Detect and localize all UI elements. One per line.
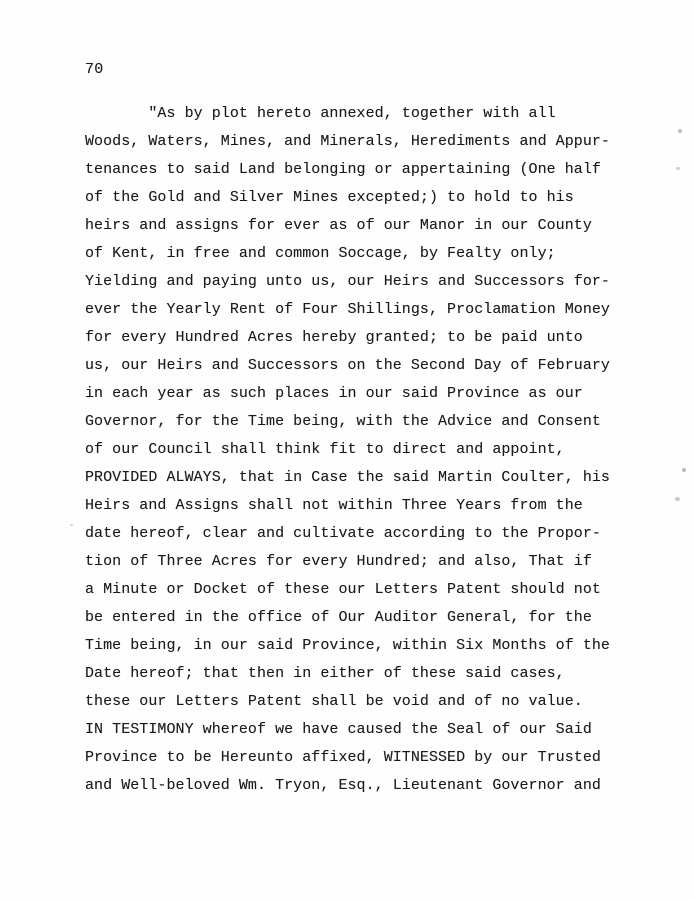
text-line: PROVIDED ALWAYS, that in Case the said M… [85,464,645,492]
text-line: Governor, for the Time being, with the A… [85,408,645,436]
text-line: Yielding and paying unto us, our Heirs a… [85,268,645,296]
document-body: "As by plot hereto annexed, together wit… [85,100,645,800]
scan-artifact [496,584,499,586]
text-line: a Minute or Docket of these our Letters … [85,576,645,604]
text-line: these our Letters Patent shall be void a… [85,688,645,716]
text-line: tenances to said Land belonging or apper… [85,156,645,184]
text-line: Time being, in our said Province, within… [85,632,645,660]
text-line: "As by plot hereto annexed, together wit… [85,100,645,128]
text-line: ever the Yearly Rent of Four Shillings, … [85,296,645,324]
text-line: Date hereof; that then in either of thes… [85,660,645,688]
text-line: of Kent, in free and common Soccage, by … [85,240,645,268]
scan-artifact [682,468,686,472]
text-line: be entered in the office of Our Auditor … [85,604,645,632]
text-line: for every Hundred Acres hereby granted; … [85,324,645,352]
scan-artifact [676,167,680,170]
text-line: and Well-beloved Wm. Tryon, Esq., Lieute… [85,772,645,800]
text-line: Heirs and Assigns shall not within Three… [85,492,645,520]
text-line: tion of Three Acres for every Hundred; a… [85,548,645,576]
text-line: heirs and assigns for ever as of our Man… [85,212,645,240]
text-line: in each year as such places in our said … [85,380,645,408]
text-line: date hereof, clear and cultivate accordi… [85,520,645,548]
document-page: 70 "As by plot hereto annexed, together … [0,0,694,900]
text-line: Province to be Hereunto affixed, WITNESS… [85,744,645,772]
text-line: of our Council shall think fit to direct… [85,436,645,464]
text-line: IN TESTIMONY whereof we have caused the … [85,716,645,744]
text-line: Woods, Waters, Mines, and Minerals, Here… [85,128,645,156]
text-line: us, our Heirs and Successors on the Seco… [85,352,645,380]
scan-artifact [678,129,682,133]
page-number: 70 [85,61,104,78]
text-line: of the Gold and Silver Mines excepted;) … [85,184,645,212]
scan-artifact [675,497,680,501]
scan-artifact [70,524,73,526]
